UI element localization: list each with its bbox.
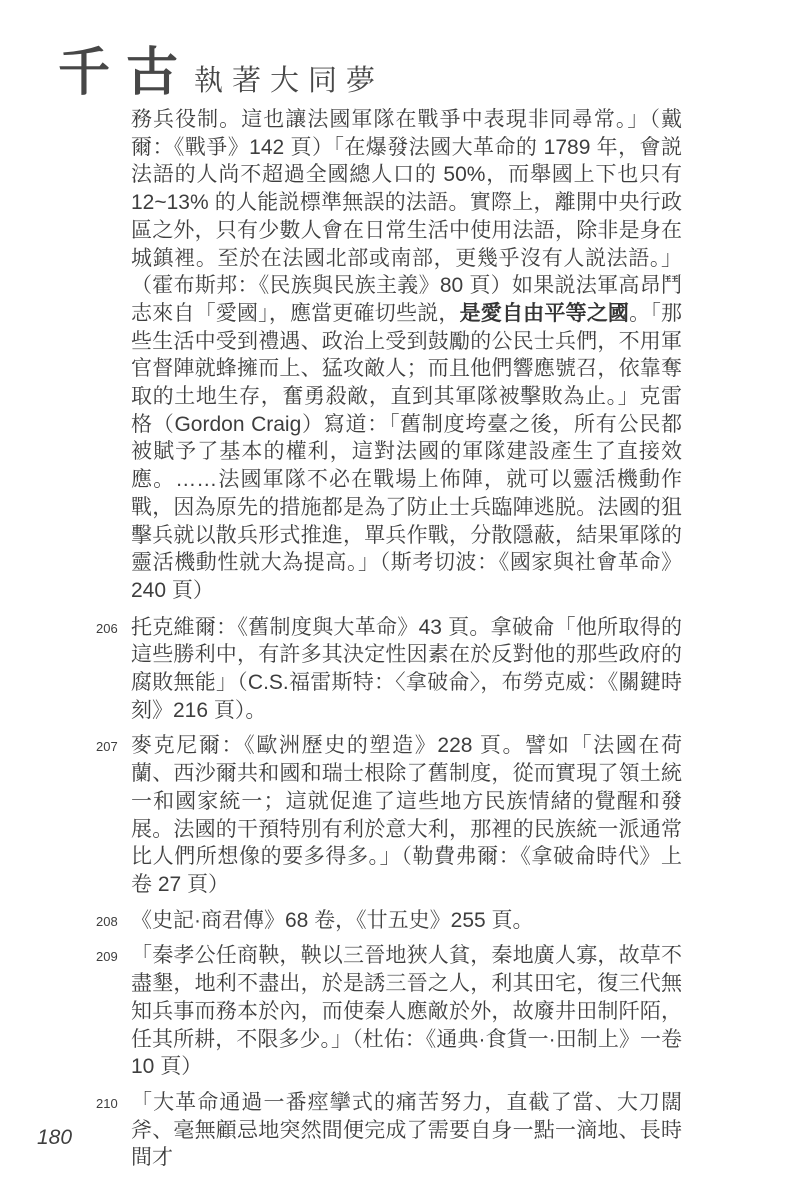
book-page: 千古執著大同夢 務兵役制。這也讓法國軍隊在戰爭中表現非同尋常。」（戴爾：《戰爭》… xyxy=(0,0,800,1194)
footnote-number: 210 xyxy=(96,1090,118,1118)
paragraph-bold-text: 是愛自由平等之國 xyxy=(460,302,630,325)
footnote-text: 麥克尼爾：《歐洲歷史的塑造》228 頁。譬如「法國在荷蘭、西沙爾共和國和瑞士根除… xyxy=(131,734,682,896)
book-title-small: 執著大同夢 xyxy=(194,65,384,97)
footnote-list: 206 托克維爾：《舊制度與大革命》43 頁。拿破侖「他所取得的這些勝利中，有許… xyxy=(131,614,682,1172)
footnote-number: 209 xyxy=(96,943,118,971)
body-paragraph: 務兵役制。這也讓法國軍隊在戰爭中表現非同尋常。」（戴爾：《戰爭》142 頁）「在… xyxy=(131,106,682,605)
paragraph-text-before-bold: 務兵役制。這也讓法國軍隊在戰爭中表現非同尋常。」（戴爾：《戰爭》142 頁）「在… xyxy=(131,108,682,325)
footnote-207: 207 麥克尼爾：《歐洲歷史的塑造》228 頁。譬如「法國在荷蘭、西沙爾共和國和… xyxy=(131,732,682,898)
footnote-text: 托克維爾：《舊制度與大革命》43 頁。拿破侖「他所取得的這些勝利中，有許多其決定… xyxy=(131,616,682,722)
footnote-number: 206 xyxy=(96,615,118,643)
footnote-210: 210 「大革命通過一番痙攣式的痛苦努力，直截了當、大刀闊斧、毫無顧忌地突然間便… xyxy=(131,1089,682,1172)
running-head: 千古執著大同夢 xyxy=(58,30,384,105)
footnote-209: 209 「秦孝公任商鞅，鞅以三晉地狹人貧，秦地廣人寡，故草不盡墾，地利不盡出，於… xyxy=(131,942,682,1081)
paragraph-text-after-bold: 。「那些生活中受到禮遇、政治上受到鼓勵的公民士兵們，不用軍官督陣就蜂擁而上、猛攻… xyxy=(131,302,682,602)
book-title-large: 千古 xyxy=(58,45,194,102)
footnote-text: 「大革命通過一番痙攣式的痛苦努力，直截了當、大刀闊斧、毫無顧忌地突然間便完成了需… xyxy=(131,1091,682,1169)
footnote-text: 《史記·商君傳》68 卷，《廿五史》255 頁。 xyxy=(131,909,534,932)
footnote-text: 「秦孝公任商鞅，鞅以三晉地狹人貧，秦地廣人寡，故草不盡墾，地利不盡出，於是誘三晉… xyxy=(131,944,682,1078)
footnote-number: 207 xyxy=(96,733,118,761)
footnote-number: 208 xyxy=(96,908,118,936)
page-number: 180 xyxy=(37,1126,72,1150)
page-body: 務兵役制。這也讓法國軍隊在戰爭中表現非同尋常。」（戴爾：《戰爭》142 頁）「在… xyxy=(131,106,682,1180)
footnote-208: 208 《史記·商君傳》68 卷，《廿五史》255 頁。 xyxy=(131,907,682,935)
footnote-206: 206 托克維爾：《舊制度與大革命》43 頁。拿破侖「他所取得的這些勝利中，有許… xyxy=(131,614,682,725)
